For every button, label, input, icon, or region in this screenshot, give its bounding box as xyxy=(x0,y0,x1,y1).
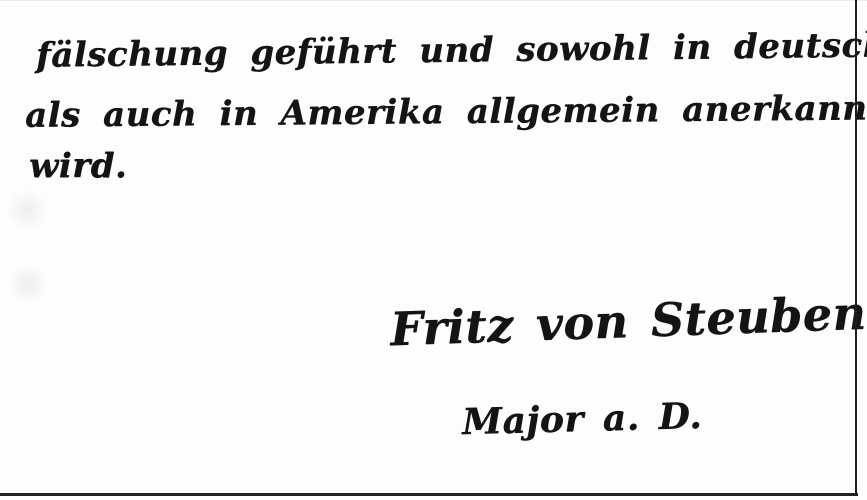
handwriting-line-3: wird. xyxy=(29,146,127,186)
scanned-letter-sheet: fälschung geführt und sowohl in deutschl… xyxy=(0,0,867,500)
signature-rank: Major a. D. xyxy=(461,395,702,443)
scan-edge-top xyxy=(0,0,867,1)
scan-smudge xyxy=(8,262,48,306)
handwriting-line-2: als auch in Amerika allgemein anerkannt xyxy=(25,88,867,135)
scan-edge-bottom xyxy=(0,493,858,496)
handwriting-line-1: fälschung geführt und sowohl in deutschl… xyxy=(36,24,867,75)
scan-smudge xyxy=(4,190,50,230)
signature-name: Fritz von Steuben xyxy=(389,286,867,357)
scan-edge-right xyxy=(855,0,857,496)
